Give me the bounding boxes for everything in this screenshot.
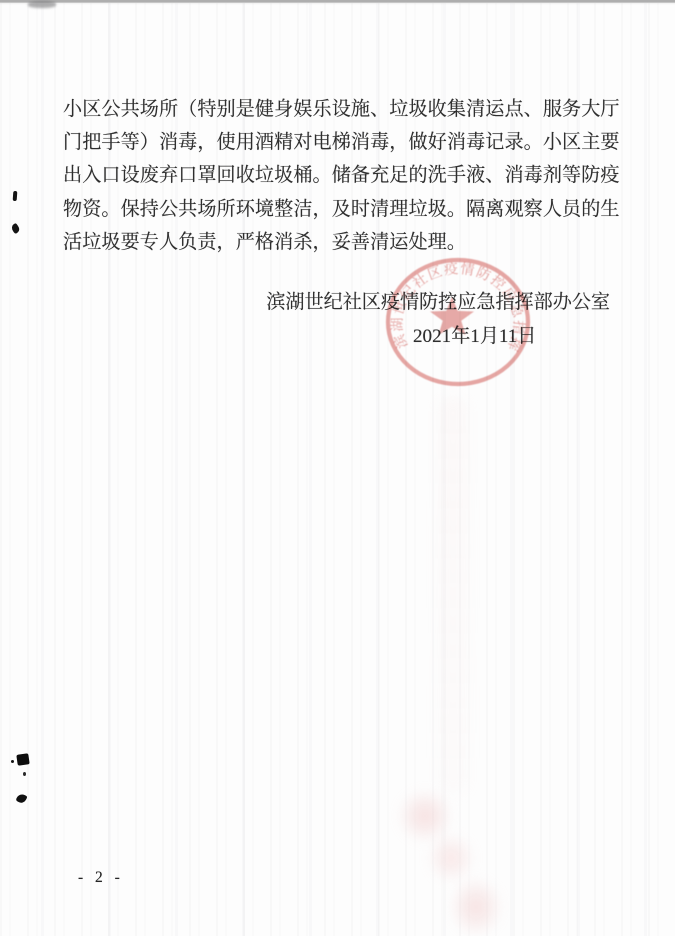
document-body: 小区公共场所（特别是健身娱乐设施、垃圾收集清运点、服务大厅 门把手等）消毒，使用… xyxy=(63,93,623,259)
scan-artifact xyxy=(15,792,27,804)
body-line: 活垃圾要专人负责，严格消杀，妥善清运处理。 xyxy=(63,226,623,259)
scan-artifact xyxy=(16,753,29,766)
scan-smudge xyxy=(28,1,56,8)
scan-top-edge xyxy=(0,0,675,5)
scanned-document-page: 小区公共场所（特别是健身娱乐设施、垃圾收集清运点、服务大厅 门把手等）消毒，使用… xyxy=(0,0,675,936)
stamp-star-icon xyxy=(430,297,474,335)
page-number: - 2 - xyxy=(78,869,124,887)
scan-artifact xyxy=(11,760,14,763)
scan-artifact xyxy=(23,772,26,776)
body-line: 物资。保持公共场所环境整洁，及时清理垃圾。隔离观察人员的生 xyxy=(63,193,623,226)
scan-artifact xyxy=(10,223,21,234)
body-line: 出入口设废弃口罩回收垃圾桶。储备充足的洗手液、消毒剂等防疫 xyxy=(63,159,623,192)
body-line: 门把手等）消毒，使用酒精对电梯消毒，做好消毒记录。小区主要 xyxy=(63,126,623,159)
scan-artifact xyxy=(13,191,18,201)
official-seal-stamp: 滨湖世纪社区疫情防控应急指挥部 xyxy=(383,254,533,390)
body-line: 小区公共场所（特别是健身娱乐设施、垃圾收集清运点、服务大厅 xyxy=(63,93,623,126)
ink-smear xyxy=(448,876,504,936)
ink-smear xyxy=(438,396,468,796)
